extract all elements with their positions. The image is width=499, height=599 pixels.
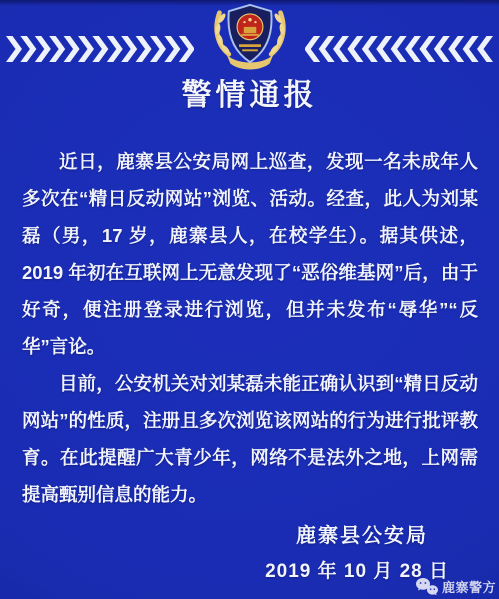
chevrons-right-icon xyxy=(305,36,493,62)
watermark-label: 鹿寨警方 xyxy=(442,580,496,596)
chat-bubbles-icon xyxy=(415,577,439,596)
body-paragraph: 近日，鹿寨县公安局网上巡查，发现一名未成年人多次在“精日反动网站”浏览、活动。经… xyxy=(22,143,478,365)
watermark: 鹿寨警方 xyxy=(415,577,496,596)
police-badge-icon xyxy=(203,1,297,73)
page-title: 警情通报 xyxy=(0,76,499,116)
notice-body: 近日，鹿寨县公安局网上巡查，发现一名未成年人多次在“精日反动网站”浏览、活动。经… xyxy=(22,143,478,513)
police-notice: 警情通报 近日，鹿寨县公安局网上巡查，发现一名未成年人多次在“精日反动网站”浏览… xyxy=(0,0,499,599)
issuing-authority: 鹿寨县公安局 xyxy=(0,519,499,548)
chevrons-left-icon xyxy=(6,36,194,62)
body-paragraph: 目前，公安机关对刘某磊未能正确认识到“精日反动网站”的性质，注册且多次浏览该网站… xyxy=(22,365,478,513)
